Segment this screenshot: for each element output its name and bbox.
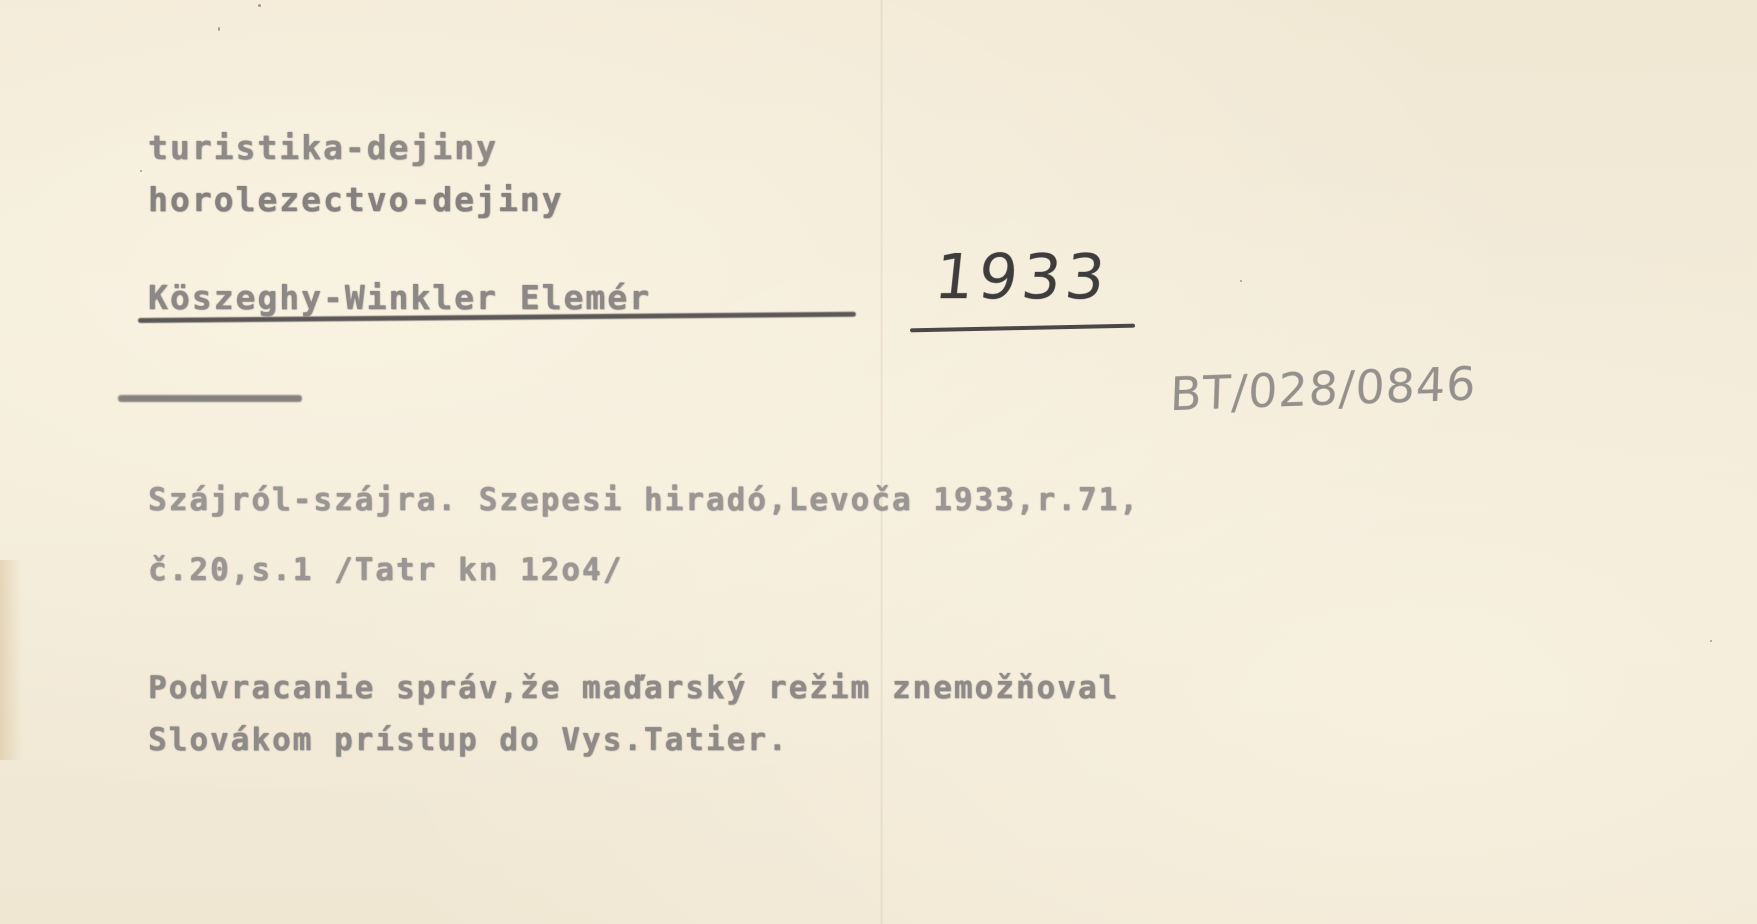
separator-rule <box>118 395 302 402</box>
pencil-reference-code: BT/028/0846 <box>1169 357 1477 422</box>
ink-speck <box>140 170 142 172</box>
author-name: Köszeghy-Winkler Elemér <box>148 278 651 317</box>
year-underline <box>910 324 1135 333</box>
subject-heading-2: horolezectvo-dejiny <box>148 180 564 219</box>
ink-speck <box>258 4 261 7</box>
annotation-line-2: Slovákom prístup do Vys.Tatier. <box>148 722 789 758</box>
edge-stain <box>0 560 22 760</box>
handwritten-year: 1933 <box>931 240 1112 313</box>
catalog-card: turistika-dejiny horolezectvo-dejiny Kös… <box>0 0 1757 924</box>
citation-line-2: č.20,s.1 /Tatr kn 12o4/ <box>148 552 623 588</box>
citation-line-1: Szájról-szájra. Szepesi hiradó,Levoča 19… <box>148 482 1140 518</box>
annotation-line-1: Podvracanie správ,že maďarský režim znem… <box>148 670 1119 706</box>
ink-speck <box>218 27 220 31</box>
subject-heading-1: turistika-dejiny <box>148 128 498 167</box>
ink-speck <box>1710 640 1712 642</box>
ink-speck <box>1240 280 1242 282</box>
fold-crease <box>880 0 883 924</box>
